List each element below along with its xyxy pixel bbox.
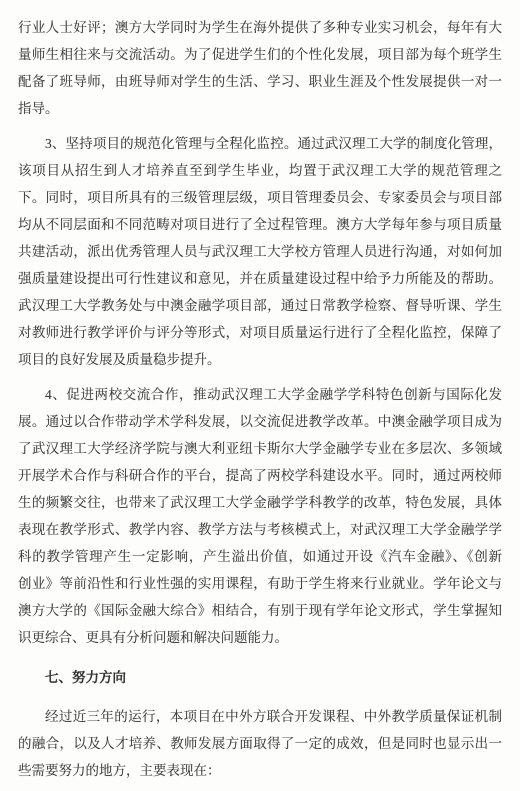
document-line: 生的频繁交往，也带来了武汉理工大学金融学学科教学的改革，特色发展，具体 <box>18 489 502 516</box>
document-line: 澳方大学的《国际金融大综合》相结合，有别于现有学年论文形式，学生掌握知 <box>18 597 502 624</box>
document-line: 下。同时，项目所具有的三级管理层级，项目管理委员会、专家委员会与项目部 <box>18 184 502 211</box>
document-line: 均从不同层面和不同范畴对项目进行了全过程管理。澳方大学每年参与项目质量 <box>18 211 502 238</box>
document-line: 对教师进行教学评价与评分等形式，对项目质量运行进行了全程化监控，保障了 <box>18 319 502 346</box>
paragraph: 3、坚持项目的规范化管理与全程化监控。通过武汉理工大学的制度化管理，该项目从招生… <box>18 130 502 373</box>
document-line: 些需要努力的地方，主要表现在： <box>18 757 502 784</box>
document-line: 强质量建设提出可行性建议和意见，并在质量建设过程中给予力所能及的帮助。 <box>18 265 502 292</box>
document-line: 4、促进两校交流合作，推动武汉理工大学金融学学科特色创新与国际化发 <box>18 381 502 408</box>
section-heading: 七、努力方向 <box>18 664 502 691</box>
document-line: 创业》等前沿性和行业性强的实用课程，有助于学生将来行业就业。学年论文与 <box>18 570 502 597</box>
document-line: 武汉理工大学教务处与中澳金融学项目部，通过日常教学检察、督导听课、学生 <box>18 292 502 319</box>
document-line: 识更综合、更具有分析问题和解决问题能力。 <box>18 624 502 651</box>
document-line: 共建活动，派出优秀管理人员与武汉理工大学校方管理人员进行沟通，对如何加 <box>18 238 502 265</box>
document-line: 经过近三年的运行，本项目在中外方联合开发课程、中外教学质量保证机制 <box>18 703 502 730</box>
document-line: 配备了班导师，由班导师对学生的生活、学习、职业生涯及个性发展提供一对一 <box>18 68 502 95</box>
section-heading-text: 七、努力方向 <box>18 664 502 691</box>
document-line: 了武汉理工大学经济学院与澳大利亚纽卡斯尔大学金融学专业在多层次、多领域 <box>18 435 502 462</box>
document-line: 指导。 <box>18 95 502 122</box>
document-line: 项目的良好发展及质量稳步提升。 <box>18 346 502 373</box>
document-line: 行业人士好评；澳方大学同时为学生在海外提供了多种专业实习机会，每年有大 <box>18 14 502 41</box>
document-page: 行业人士好评；澳方大学同时为学生在海外提供了多种专业实习机会，每年有大量师生相往… <box>0 0 520 791</box>
document-line: 开展学术合作与科研合作的平台，提高了两校学科建设水平。同时，通过两校师 <box>18 462 502 489</box>
document-line: 该项目从招生到人才培养直至到学生毕业，均置于武汉理工大学的规范管理之 <box>18 157 502 184</box>
document-line: 表现在教学形式、教学内容、教学方法与考核模式上，对武汉理工大学金融学学 <box>18 516 502 543</box>
paragraph: 经过近三年的运行，本项目在中外方联合开发课程、中外教学质量保证机制的融合，以及人… <box>18 703 502 784</box>
document-line: 科的教学管理产生一定影响，产生溢出价值，如通过开设《汽车金融》、《创新 <box>18 543 502 570</box>
paragraph: 4、促进两校交流合作，推动武汉理工大学金融学学科特色创新与国际化发展。通过以合作… <box>18 381 502 651</box>
document-line: 的融合，以及人才培养、教师发展方面取得了一定的成效，但是同时也显示出一 <box>18 730 502 757</box>
document-line: 展。通过以合作带动学术学科发展，以交流促进教学改革。中澳金融学项目成为 <box>18 408 502 435</box>
document-line: 3、坚持项目的规范化管理与全程化监控。通过武汉理工大学的制度化管理， <box>18 130 502 157</box>
paragraph: 行业人士好评；澳方大学同时为学生在海外提供了多种专业实习机会，每年有大量师生相往… <box>18 14 502 122</box>
document-line: 量师生相往来与交流活动。为了促进学生们的个性化发展，项目部为每个班学生 <box>18 41 502 68</box>
